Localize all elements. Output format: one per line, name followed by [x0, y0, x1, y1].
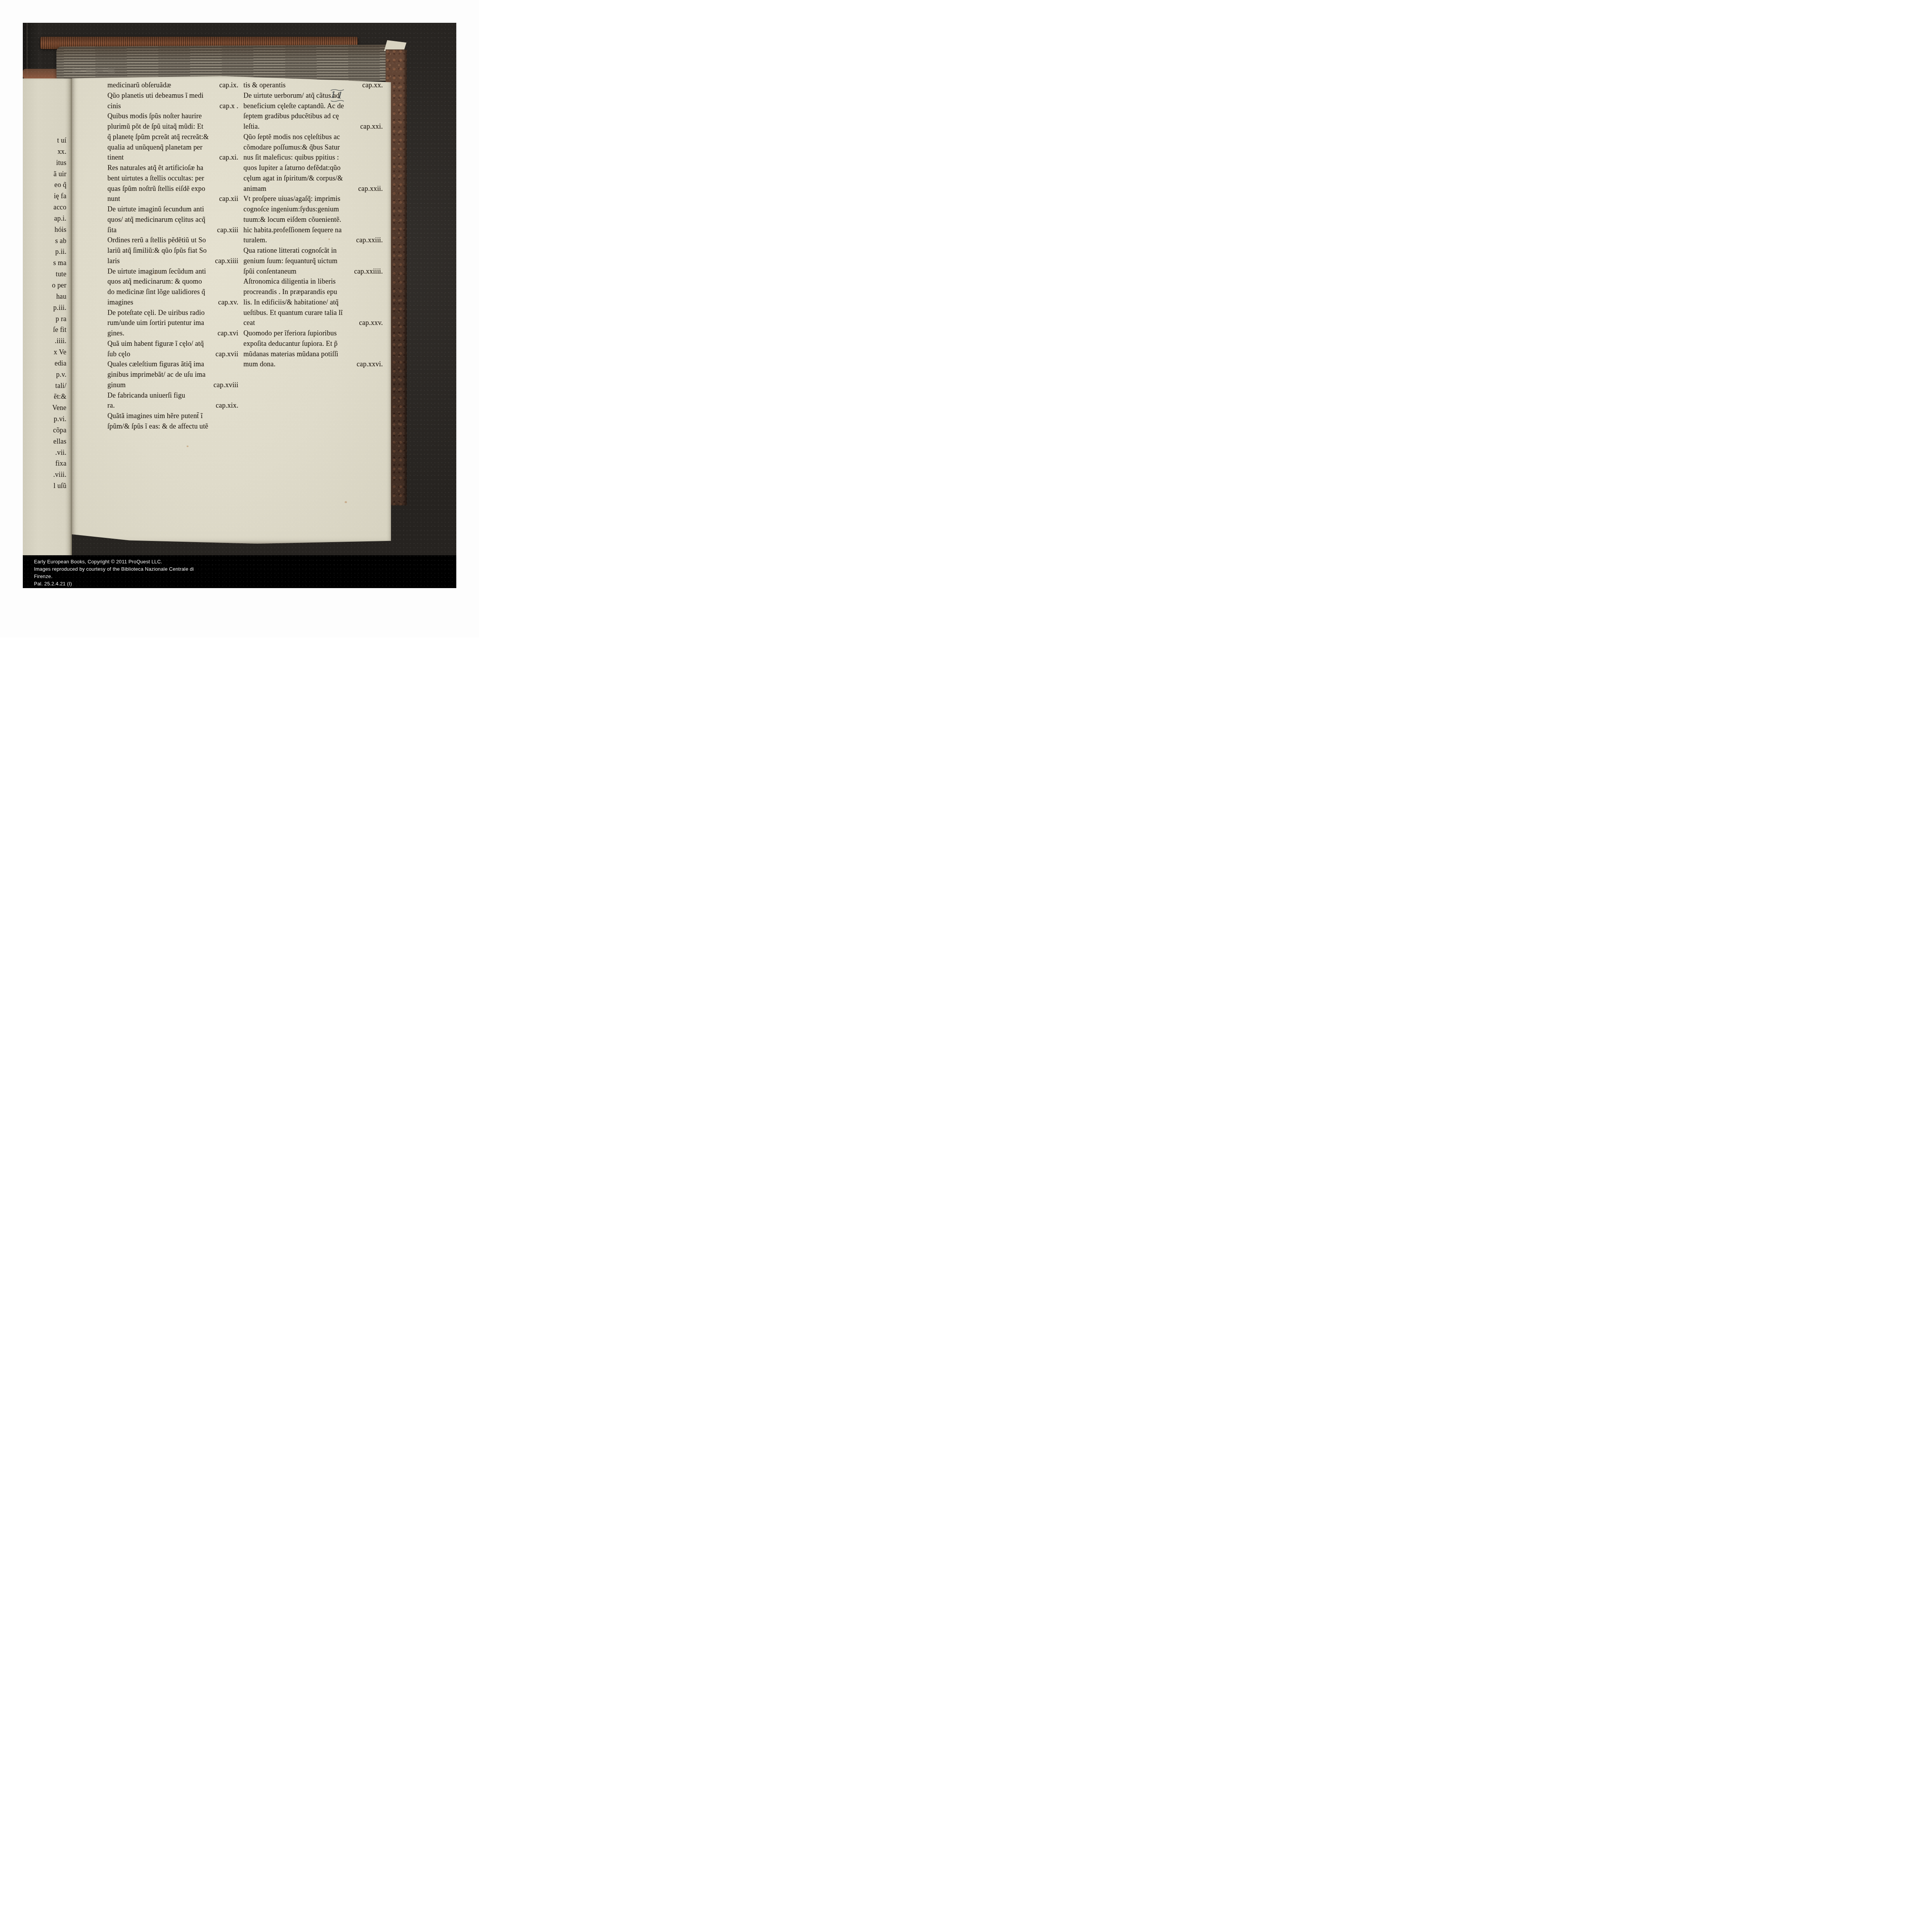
frag-line: ẽt:& — [27, 391, 66, 402]
toc-line: De uirtute imaginũ ſecundum anti — [107, 204, 238, 214]
toc-line: leſtia.cap.xxi. — [243, 121, 383, 132]
frag-line: edia — [27, 358, 66, 369]
foxing-spot — [187, 446, 189, 447]
toc-line: tinentcap.xi. — [107, 152, 238, 163]
toc-line: cęlum agat in ſpiritum/& corpus/& — [243, 173, 383, 184]
toc-line: turalem.cap.xxiii. — [243, 235, 383, 245]
toc-line: ſub cęlocap.xvii — [107, 349, 238, 359]
frag-line: fixa — [27, 458, 66, 469]
frag-line: tute — [27, 269, 66, 280]
frag-line: .viii. — [27, 469, 66, 480]
toc-line: quas ſpũm noſtrũ ſtellis eiſdẽ expo — [107, 184, 238, 194]
toc-column-right: tis & operantiscap.xx.De uirtute uerboru… — [243, 80, 383, 369]
frag-line: o per — [27, 280, 66, 291]
toc-line: nuntcap.xii — [107, 194, 238, 204]
toc-line: cõmodare poſſumus:& q̃bus Satur — [243, 142, 383, 153]
toc-line: lariscap.xiiii — [107, 256, 238, 266]
frag-line: hau — [27, 291, 66, 302]
frag-line: ap.i. — [27, 213, 66, 224]
credit-shelfmark: Pal. 25.2.4.21 (I) — [34, 580, 72, 587]
frag-line: l uſũ — [27, 480, 66, 492]
toc-line: Qua ratione litterati cognoſcãt in — [243, 245, 383, 256]
credit-courtesy: Images reproduced by courtesy of the Bib… — [34, 565, 194, 573]
toc-line: Quales cæleſtium figuras ãtiq̃ ima — [107, 359, 238, 369]
toc-line: quos/ atq̃ medicinarum cęlitus acq̃ — [107, 214, 238, 225]
toc-line: lariũ atq̃ ſimiliũ:& qũo ſpũs fiat So — [107, 245, 238, 256]
scanned-book-screenshot: t uíxx.itusã uireo q̃ię faaccoap.i.hóiss… — [0, 0, 479, 638]
foxing-spot — [345, 501, 347, 503]
toc-line: bent uirtutes a ſtellis occultas: per — [107, 173, 238, 184]
toc-line: De uirtute uerborum/ atq̃ cãtus ad — [243, 90, 383, 101]
frag-line: Vene — [27, 402, 66, 413]
toc-line: ginumcap.xviii — [107, 380, 238, 390]
frag-line: p.iii. — [27, 302, 66, 313]
toc-line: hic habita.profeſſionem ſequere na — [243, 225, 383, 235]
toc-line: animamcap.xxii. — [243, 184, 383, 194]
frag-line: s ma — [27, 257, 66, 269]
toc-line: gines.cap.xvi — [107, 328, 238, 338]
frag-line: .iiii. — [27, 335, 66, 347]
toc-line: Quã uim habent figuræ ĩ cęlo/ atq̃ — [107, 338, 238, 349]
proquest-credit-band: Early European Books, Copyright © 2011 P… — [23, 555, 456, 588]
toc-line: quos atq̃ medicinarum: & quomo — [107, 276, 238, 287]
toc-line: plurimũ põt de ſpũ uitaq̃ mũdi: Et — [107, 121, 238, 132]
toc-line: tis & operantiscap.xx. — [243, 80, 383, 90]
toc-line: cognoſce ingenium:ſydus:genium — [243, 204, 383, 214]
toc-line: nus ſit maleficus: quibus ppitius : — [243, 152, 383, 163]
page-top-edge-lines — [72, 68, 115, 74]
frag-line: x Ve — [27, 347, 66, 358]
toc-line: lis. In edificiis/& habitatione/ atq̃ — [243, 297, 383, 308]
toc-line: procreandis . In præparandis epu — [243, 287, 383, 297]
frag-line: hóis — [27, 224, 66, 235]
toc-line: Qũo ſeptẽ modis nos cęleſtibus ac — [243, 132, 383, 142]
toc-line: ſeptem gradibus pducẽtibus ad cę — [243, 111, 383, 121]
frag-line: p.vi. — [27, 413, 66, 425]
toc-line: mũdanas materias mũdana potiſſi — [243, 349, 383, 359]
credit-library-city: Firenze. — [34, 573, 53, 580]
frag-line: p.ii. — [27, 246, 66, 257]
toc-line: Quãtã imagines uim hẽre putent̃ ĩ — [107, 411, 238, 421]
frag-line: ię fa — [27, 190, 66, 202]
frag-line: tali/ — [27, 380, 66, 391]
toc-line: ginibus imprimebãt/ ac de uſu ima — [107, 369, 238, 380]
frag-line: p ra — [27, 313, 66, 325]
toc-line: beneficium cęleſte captandũ. Ac de — [243, 101, 383, 111]
credit-copyright: Early European Books, Copyright © 2011 P… — [34, 558, 162, 565]
book-headband — [23, 69, 60, 79]
toc-line: medicinarũ obſeruãdæcap.ix. — [107, 80, 238, 90]
toc-line: qualia ad unũquenq̃ planetam per — [107, 142, 238, 153]
frag-line: xx. — [27, 146, 66, 157]
book-photo: t uíxx.itusã uireo q̃ię faaccoap.i.hóiss… — [23, 23, 456, 588]
toc-line: ciniscap.x . — [107, 101, 238, 111]
toc-column-left: medicinarũ obſeruãdæcap.ix.Qũo planetis … — [107, 80, 238, 432]
frag-line: eo q̃ — [27, 179, 66, 190]
toc-line: ueſtibus. Et quantum curare talia lĩ — [243, 308, 383, 318]
toc-line: ſitacap.xiii — [107, 225, 238, 235]
toc-line: quos Iupiter a ſaturno defẽdat:qũo — [243, 163, 383, 173]
frag-line: ſe fit — [27, 324, 66, 335]
toc-line: Vt proſpere uiuas/agaſq̃: imprimis — [243, 194, 383, 204]
toc-line: ſpũm/& ſpũs ĩ eas: & de affectu utẽ — [107, 421, 238, 432]
frag-line: cõpa — [27, 425, 66, 436]
toc-line: De fabricanda uniuerſi figu — [107, 390, 238, 401]
toc-line: genium ſuum: ſequanturq̃ uictum — [243, 256, 383, 266]
frag-line: s ab — [27, 235, 66, 247]
toc-line: ſpũi conſentaneumcap.xxiiii. — [243, 266, 383, 277]
toc-line: De uirtute imaginum ſecũdum anti — [107, 266, 238, 277]
frag-line: p.v. — [27, 369, 66, 380]
frag-line: itus — [27, 157, 66, 168]
previous-leaf-edge: t uíxx.itusã uireo q̃ię faaccoap.i.hóiss… — [23, 78, 72, 556]
toc-line: rum/unde uim ſortiri putentur ima — [107, 318, 238, 328]
toc-line: tuum:& locum eiſdem cõuenientẽ. — [243, 214, 383, 225]
toc-line: do medicinæ ſint lõge ualidiores q̃ — [107, 287, 238, 297]
toc-line: Aſtronomica diligentia in liberis — [243, 276, 383, 287]
toc-line: ceatcap.xxv. — [243, 318, 383, 328]
toc-line: De poteſtate cęli. De uiribus radio — [107, 308, 238, 318]
frag-line: t uí — [27, 135, 66, 146]
toc-line: Qũo planetis uti debeamus ĩ medi — [107, 90, 238, 101]
toc-line: Res naturales atq̃ ẽt artificioſæ ha — [107, 163, 238, 173]
toc-line: expoſita deducantur ſupiora. Et p̃ — [243, 338, 383, 349]
frag-line: acco — [27, 202, 66, 213]
toc-line: imaginescap.xv. — [107, 297, 238, 308]
frag-line: ellas — [27, 436, 66, 447]
toc-line: Quomodo per ĩferiora ſupioribus — [243, 328, 383, 338]
previous-leaf-text-fragments: t uíxx.itusã uireo q̃ię faaccoap.i.hóiss… — [27, 135, 66, 492]
toc-line: ra.cap.xix. — [107, 400, 238, 411]
frag-line: .vii. — [27, 447, 66, 458]
toc-line: Quibus modis ſpũs noſter haurire — [107, 111, 238, 121]
toc-line: mum dona.cap.xxvi. — [243, 359, 383, 369]
frag-line: ã uir — [27, 168, 66, 180]
toc-line: Ordines rerũ a ſtellis pẽdẽtiũ ut So — [107, 235, 238, 245]
toc-line: q̃ planetę ſpũm pcreãt atq̃ recreãt:& — [107, 132, 238, 142]
